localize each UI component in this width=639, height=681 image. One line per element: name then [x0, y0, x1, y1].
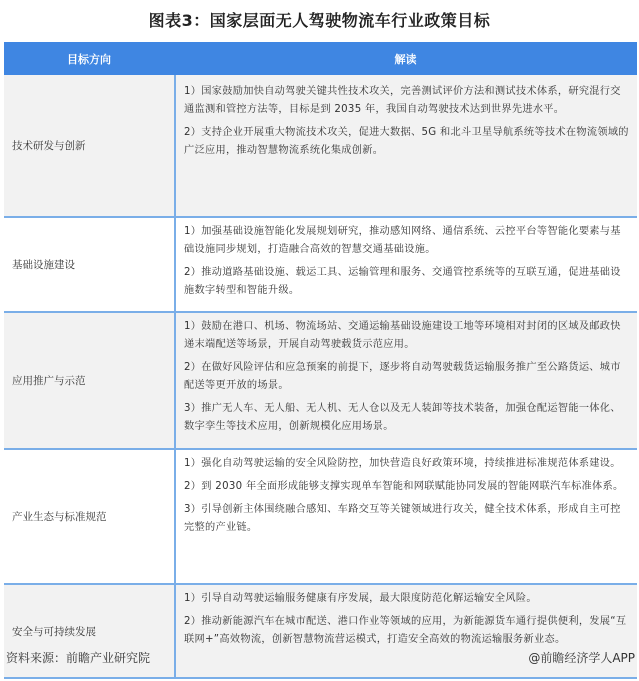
- chart-title: 图表3：国家层面无人驾驶物流车行业政策目标: [0, 8, 639, 31]
- interpretation-item: 1）加强基础设施智能化发展规划研究，推动感知网络、通信系统、云控平台等智能化要素…: [184, 223, 629, 259]
- row-interpretation: 1）国家鼓励加快自动驾驶关键共性技术攻关，完善测试评价方法和测试技术体系，研究混…: [174, 75, 637, 216]
- table-row: 基础设施建设 1）加强基础设施智能化发展规划研究，推动感知网络、通信系统、云控平…: [4, 218, 637, 313]
- interpretation-item: 1）国家鼓励加快自动驾驶关键共性技术攻关，完善测试评价方法和测试技术体系，研究混…: [184, 83, 629, 119]
- interpretation-item: 1）鼓励在港口、机场、物流场站、交通运输基础设施建设工地等环境相对封闭的区域及邮…: [184, 318, 629, 354]
- table-row: 技术研发与创新 1）国家鼓励加快自动驾驶关键共性技术攻关，完善测试评价方法和测试…: [4, 75, 637, 218]
- interpretation-item: 1）强化自动驾驶运输的安全风险防控，加快营造良好政策环境，持续推进标准规范体系建…: [184, 455, 629, 473]
- interpretation-item: 2）到 2030 年全面形成能够支撑实现单车智能和网联赋能协同发展的智能网联汽车…: [184, 478, 629, 496]
- row-interpretation: 1）强化自动驾驶运输的安全风险防控，加快营造良好政策环境，持续推进标准规范体系建…: [174, 450, 637, 583]
- interpretation-item: 2）推动新能源汽车在城市配送、港口作业等领域的应用，为新能源货车通行提供便利，发…: [184, 613, 629, 649]
- row-interpretation: 1）加强基础设施智能化发展规划研究，推动感知网络、通信系统、云控平台等智能化要素…: [174, 218, 637, 311]
- row-interpretation: 1）鼓励在港口、机场、物流场站、交通运输基础设施建设工地等环境相对封闭的区域及邮…: [174, 313, 637, 448]
- interpretation-item: 1）引导自动驾驶运输服务健康有序发展，最大限度防范化解运输安全风险。: [184, 590, 629, 608]
- table-header: 目标方向 解读: [4, 42, 637, 75]
- interpretation-item: 2）在做好风险评估和应急预案的前提下，逐步将自动驾驶载货运输服务推广至公路货运、…: [184, 359, 629, 395]
- row-direction: 产业生态与标准规范: [4, 450, 174, 583]
- row-direction: 应用推广与示范: [4, 313, 174, 448]
- policy-table: 目标方向 解读 技术研发与创新 1）国家鼓励加快自动驾驶关键共性技术攻关，完善测…: [4, 42, 637, 679]
- table-row: 产业生态与标准规范 1）强化自动驾驶运输的安全风险防控，加快营造良好政策环境，持…: [4, 450, 637, 585]
- table-row: 应用推广与示范 1）鼓励在港口、机场、物流场站、交通运输基础设施建设工地等环境相…: [4, 313, 637, 450]
- interpretation-item: 3）引导创新主体围绕融合感知、车路交互等关键领域进行攻关，健全技术体系，形成自主…: [184, 501, 629, 537]
- interpretation-item: 3）推广无人车、无人船、无人机、无人仓以及无人装卸等技术装备，加强仓配运智能一体…: [184, 400, 629, 436]
- source-note: 资料来源：前瞻产业研究院: [6, 649, 150, 666]
- header-interpretation: 解读: [174, 42, 637, 75]
- row-direction: 技术研发与创新: [4, 75, 174, 216]
- row-direction: 基础设施建设: [4, 218, 174, 311]
- interpretation-item: 2）推动道路基础设施、载运工具、运输管理和服务、交通管控系统等的互联互通，促进基…: [184, 264, 629, 300]
- interpretation-item: 2）支持企业开展重大物流技术攻关，促进大数据、5G 和北斗卫星导航系统等技术在物…: [184, 124, 629, 160]
- credit-note: @前瞻经济学人APP: [528, 649, 635, 666]
- header-direction: 目标方向: [4, 42, 174, 75]
